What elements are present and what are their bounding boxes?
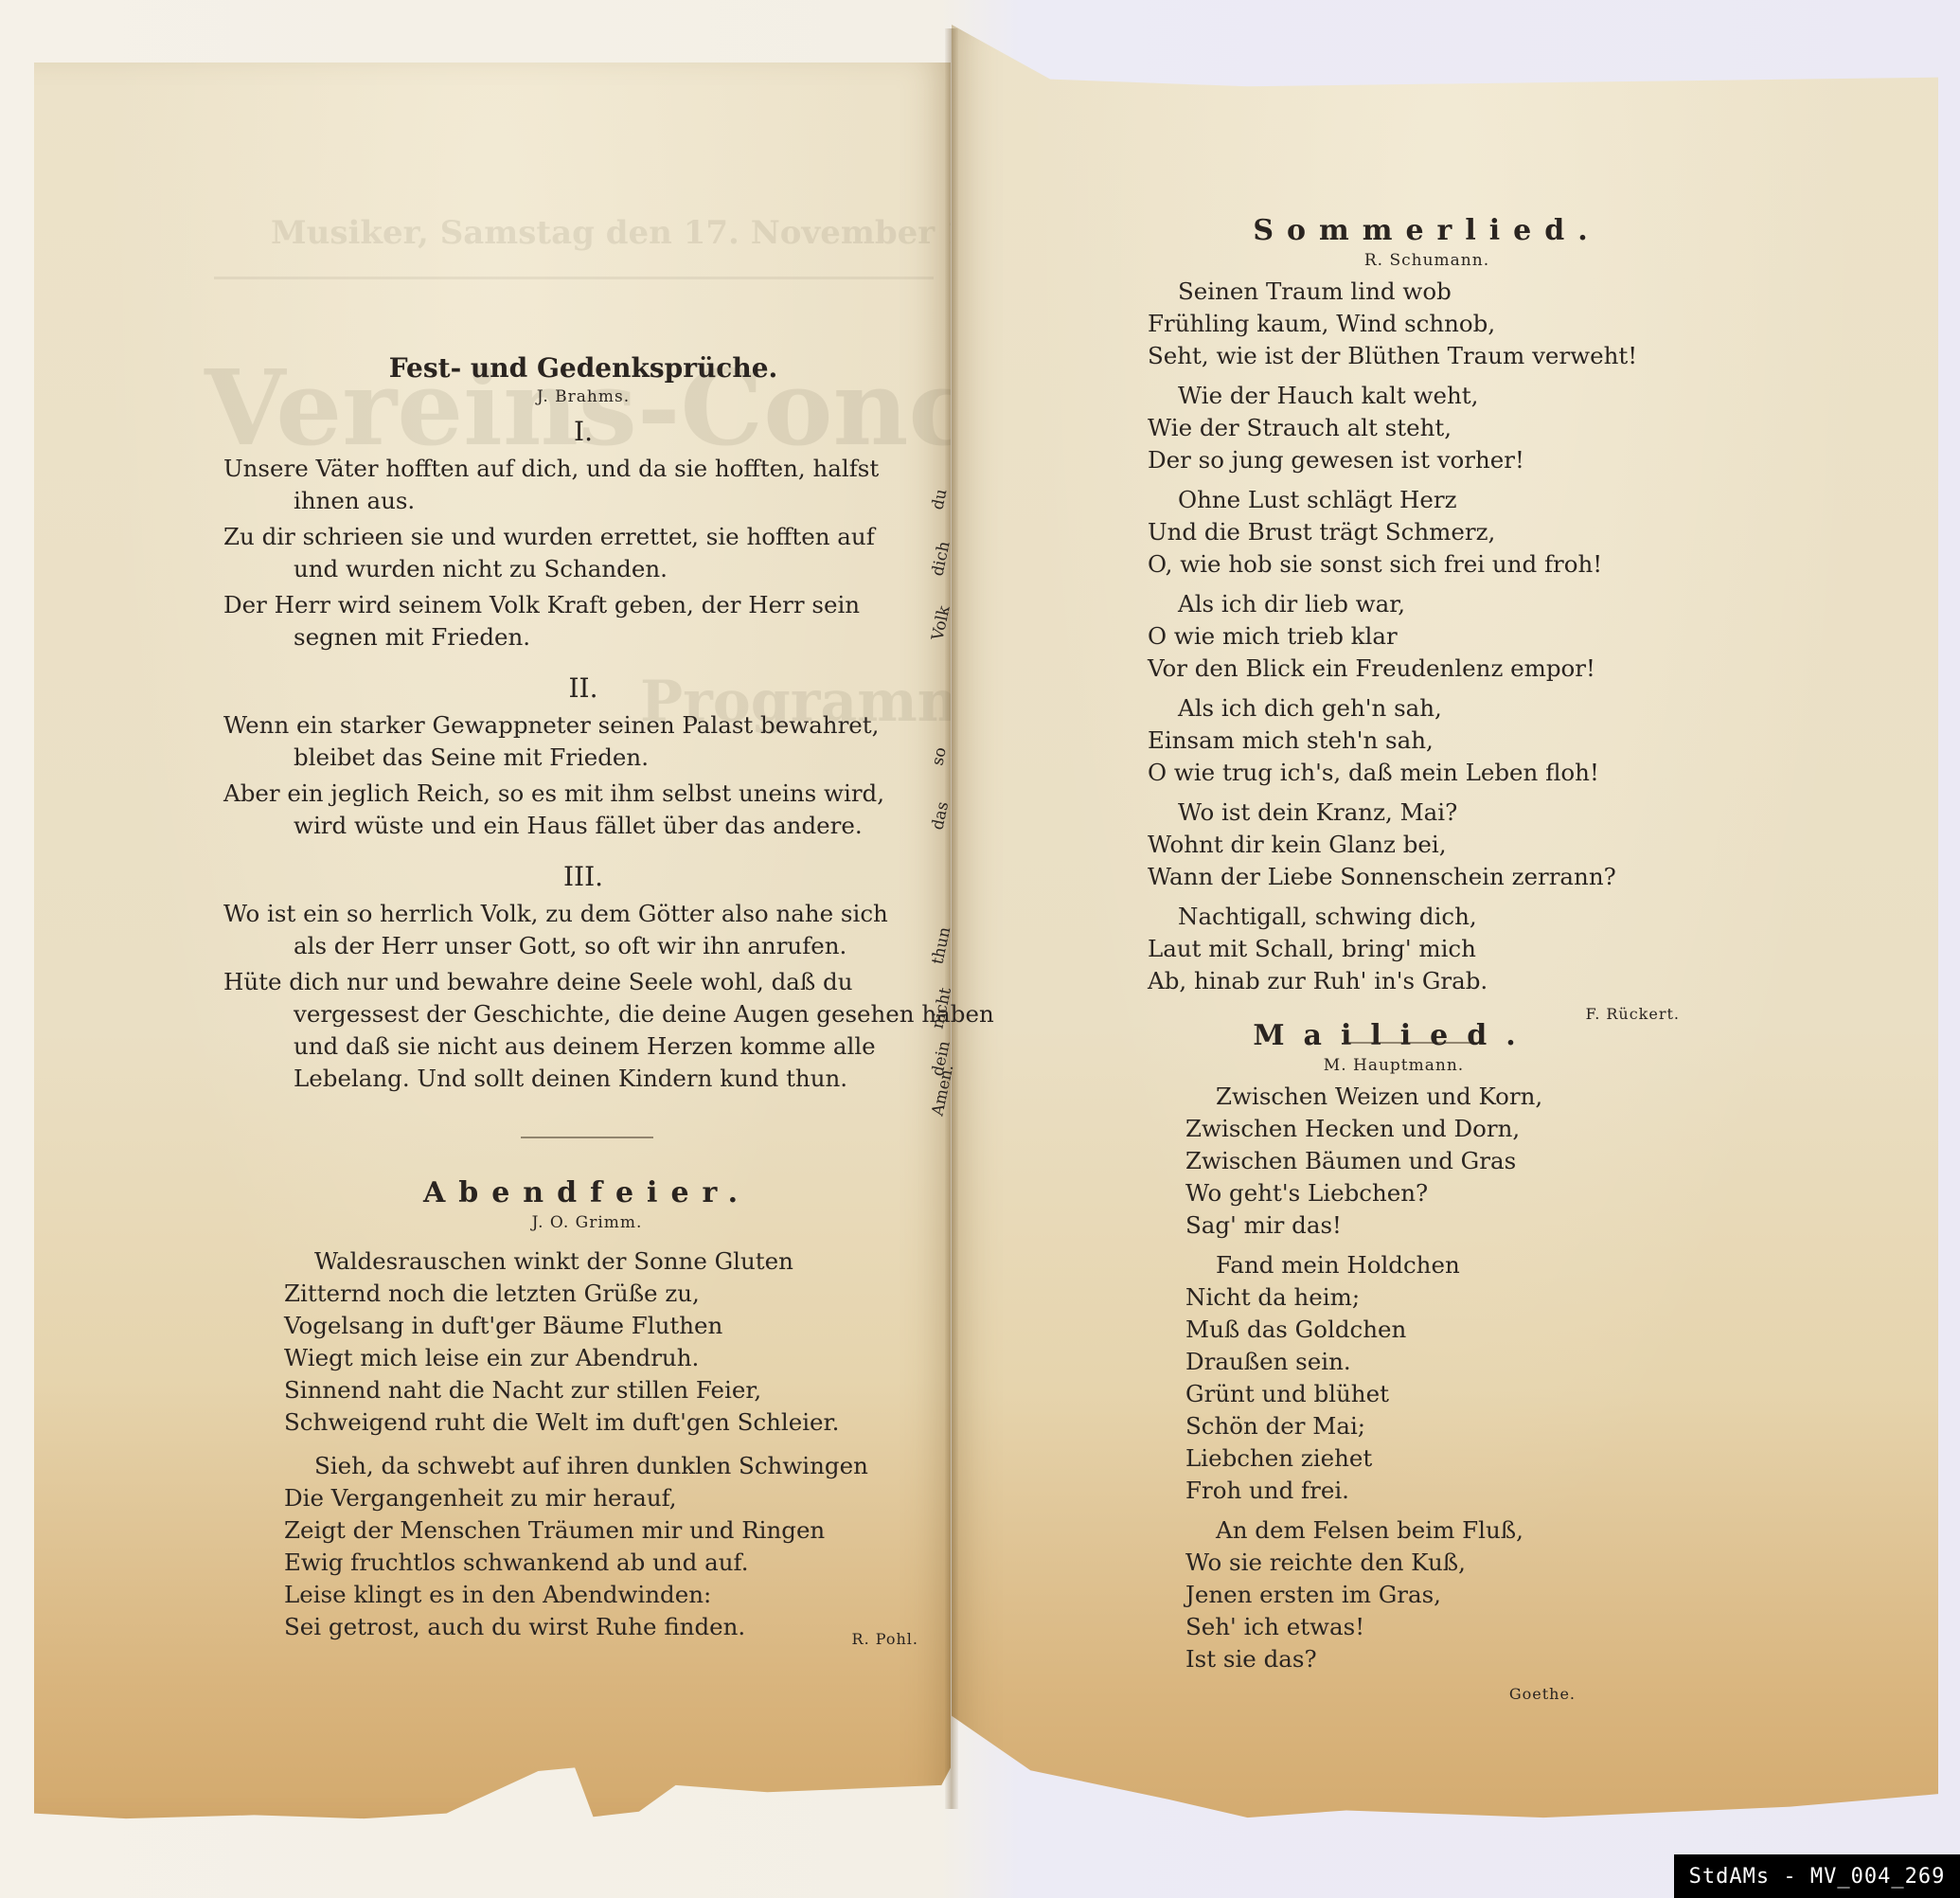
- mailied-title: Mailied.: [1185, 1019, 1602, 1052]
- stanza: Nachtigall, schwing dich, Laut mit Schal…: [1148, 901, 1678, 997]
- verse-line: Wo ist ein so herrlich Volk, zu dem Gött…: [223, 898, 943, 930]
- poem-line: Ohne Lust schlägt Herz: [1148, 484, 1678, 516]
- verse: Der Herr wird seinem Volk Kraft geben, d…: [223, 589, 943, 654]
- verse: Zu dir schrieen sie und wurden errettet,…: [223, 521, 943, 585]
- poem-line: Nachtigall, schwing dich,: [1148, 901, 1678, 933]
- poem-line: Froh und frei.: [1185, 1475, 1602, 1507]
- stanza: Ohne Lust schlägt Herz Und die Brust trä…: [1148, 484, 1678, 581]
- sommerlied-section: Sommerlied. R. Schumann. Seinen Traum li…: [1148, 214, 1678, 1072]
- section-numeral: II.: [223, 672, 943, 704]
- show-through-header: Musiker, Samstag den 17. November 1890: [271, 214, 1036, 252]
- stanza: Zwischen Weizen und Korn, Zwischen Hecke…: [1185, 1081, 1602, 1242]
- verse-line-cont: und daß sie nicht aus deinem Herzen komm…: [223, 1030, 943, 1063]
- poem-line: Sag' mir das!: [1185, 1209, 1602, 1242]
- poem-line: Wie der Strauch alt steht,: [1148, 412, 1678, 444]
- poem-line: Wo ist dein Kranz, Mai?: [1148, 797, 1678, 829]
- verse: Hüte dich nur und bewahre deine Seele wo…: [223, 966, 943, 1095]
- poem-line: Wohnt dir kein Glanz bei,: [1148, 829, 1678, 861]
- verse-line: Aber ein jeglich Reich, so es mit ihm se…: [223, 778, 943, 810]
- poem-line: Liebchen ziehet: [1185, 1442, 1602, 1475]
- poem-line: Zitternd noch die letzten Grüße zu,: [284, 1278, 890, 1310]
- poem-line: Sieh, da schwebt auf ihren dunklen Schwi…: [284, 1450, 890, 1482]
- poem-line: Als ich dir lieb war,: [1148, 588, 1678, 620]
- poem-line: O wie trug ich's, daß mein Leben floh!: [1148, 757, 1678, 789]
- poem-line: Zeigt der Menschen Träumen mir und Ringe…: [284, 1514, 890, 1547]
- poem-line: Frühling kaum, Wind schnob,: [1148, 308, 1678, 340]
- poem-line: Laut mit Schall, bring' mich: [1148, 933, 1678, 965]
- poem-line: Waldesrauschen winkt der Sonne Gluten: [284, 1245, 890, 1278]
- mailied-section: Mailied. M. Hauptmann. Zwischen Weizen u…: [1185, 1019, 1602, 1703]
- poem-line: Wo geht's Liebchen?: [1185, 1177, 1602, 1209]
- poem-line: Grünt und blühet: [1185, 1378, 1602, 1410]
- poem-line: Schweigend ruht die Welt im duft'gen Sch…: [284, 1406, 890, 1439]
- margin-word: so: [928, 745, 951, 767]
- fest-section: Fest- und Gedenksprüche. J. Brahms. I. U…: [223, 352, 943, 1099]
- verse: Wo ist ein so herrlich Volk, zu dem Gött…: [223, 898, 943, 962]
- poem-line: Wiegt mich leise ein zur Abendruh.: [284, 1342, 890, 1374]
- fest-composer: J. Brahms.: [223, 387, 943, 406]
- abendfeier-composer: J. O. Grimm.: [284, 1213, 890, 1232]
- verse-line-cont: segnen mit Frieden.: [223, 621, 943, 654]
- poem-line: Wo sie reichte den Kuß,: [1185, 1547, 1602, 1579]
- poem-line: Die Vergangenheit zu mir herauf,: [284, 1482, 890, 1514]
- abendfeier-title: Abendfeier.: [284, 1176, 890, 1209]
- verse-line: Unsere Väter hofften auf dich, und da si…: [223, 453, 943, 485]
- poem-line: Als ich dich geh'n sah,: [1148, 692, 1678, 725]
- verse: Unsere Väter hofften auf dich, und da si…: [223, 453, 943, 517]
- poem-line: Seht, wie ist der Blüthen Traum verweht!: [1148, 340, 1678, 372]
- sommerlied-composer: R. Schumann.: [1148, 251, 1678, 270]
- poem-line: An dem Felsen beim Fluß,: [1185, 1514, 1602, 1547]
- poem-line: O, wie hob sie sonst sich frei und froh!: [1148, 548, 1678, 581]
- poem-line: Leise klingt es in den Abendwinden:: [284, 1579, 890, 1611]
- stanza: Als ich dich geh'n sah, Einsam mich steh…: [1148, 692, 1678, 789]
- fest-title: Fest- und Gedenksprüche.: [223, 352, 943, 384]
- poem-line: Zwischen Hecken und Dorn,: [1185, 1113, 1602, 1145]
- stanza: Waldesrauschen winkt der Sonne Gluten Zi…: [284, 1245, 890, 1439]
- stanza: Sieh, da schwebt auf ihren dunklen Schwi…: [284, 1450, 890, 1643]
- verse-line-cont: als der Herr unser Gott, so oft wir ihn …: [223, 930, 943, 962]
- poem-line: Nicht da heim;: [1185, 1281, 1602, 1314]
- show-through-rule: [214, 277, 934, 279]
- poem-line: Schön der Mai;: [1185, 1410, 1602, 1442]
- poem-line: Ab, hinab zur Ruh' in's Grab.: [1148, 965, 1678, 997]
- poem-line: Zwischen Weizen und Korn,: [1185, 1081, 1602, 1113]
- section-divider: [521, 1137, 653, 1138]
- verse-line-cont: und wurden nicht zu Schanden.: [223, 553, 943, 585]
- verse-line: Zu dir schrieen sie und wurden errettet,…: [223, 521, 943, 553]
- stanza: An dem Felsen beim Fluß, Wo sie reichte …: [1185, 1514, 1602, 1675]
- poem-line: Sinnend naht die Nacht zur stillen Feier…: [284, 1374, 890, 1406]
- verse-line-cont: vergessest der Geschichte, die deine Aug…: [223, 998, 943, 1030]
- mailied-author: Goethe.: [1185, 1685, 1576, 1703]
- poem-line: Wann der Liebe Sonnenschein zerrann?: [1148, 861, 1678, 893]
- mailied-composer: M. Hauptmann.: [1185, 1056, 1602, 1075]
- poem-line: Wie der Hauch kalt weht,: [1148, 380, 1678, 412]
- stanza: Als ich dir lieb war, O wie mich trieb k…: [1148, 588, 1678, 685]
- stanza: Seinen Traum lind wob Frühling kaum, Win…: [1148, 276, 1678, 372]
- poem-line: Seh' ich etwas!: [1185, 1611, 1602, 1643]
- poem-line: Der so jung gewesen ist vorher!: [1148, 444, 1678, 476]
- verse-line: Hüte dich nur und bewahre deine Seele wo…: [223, 966, 943, 998]
- poem-line: Fand mein Holdchen: [1185, 1249, 1602, 1281]
- poem-line: Seinen Traum lind wob: [1148, 276, 1678, 308]
- poem-line: O wie mich trieb klar: [1148, 620, 1678, 653]
- verse-line-cont: ihnen aus.: [223, 485, 943, 517]
- verse: Aber ein jeglich Reich, so es mit ihm se…: [223, 778, 943, 842]
- verse-line: Wenn ein starker Gewappneter seinen Pala…: [223, 709, 943, 742]
- poem-line: Jenen ersten im Gras,: [1185, 1579, 1602, 1611]
- poem-line: Zwischen Bäumen und Gras: [1185, 1145, 1602, 1177]
- poem-line: Ist sie das?: [1185, 1643, 1602, 1675]
- verse: Wenn ein starker Gewappneter seinen Pala…: [223, 709, 943, 774]
- poem-line: Einsam mich steh'n sah,: [1148, 725, 1678, 757]
- book-gutter: [945, 28, 958, 1809]
- abendfeier-section: Abendfeier. J. O. Grimm. Waldesrauschen …: [284, 1137, 890, 1648]
- poem-line: Und die Brust trägt Schmerz,: [1148, 516, 1678, 548]
- section-numeral: III.: [223, 861, 943, 892]
- verse-line-cont: bleibet das Seine mit Frieden.: [223, 742, 943, 774]
- archive-label: StdAMs - MV_004_269: [1674, 1854, 1960, 1898]
- poem-line: Ewig fruchtlos schwankend ab und auf.: [284, 1547, 890, 1579]
- stanza: Fand mein Holdchen Nicht da heim; Muß da…: [1185, 1249, 1602, 1507]
- poem-line: Muß das Goldchen: [1185, 1314, 1602, 1346]
- section-numeral: I.: [223, 416, 943, 447]
- poem-line: Vogelsang in duft'ger Bäume Fluthen: [284, 1310, 890, 1342]
- stanza: Wie der Hauch kalt weht, Wie der Strauch…: [1148, 380, 1678, 476]
- stanza: Wo ist dein Kranz, Mai? Wohnt dir kein G…: [1148, 797, 1678, 893]
- poem-line: Draußen sein.: [1185, 1346, 1602, 1378]
- verse-line-cont: Lebelang. Und sollt deinen Kindern kund …: [223, 1063, 943, 1095]
- verse-line-cont: wird wüste und ein Haus fället über das …: [223, 810, 943, 842]
- verse-line: Der Herr wird seinem Volk Kraft geben, d…: [223, 589, 943, 621]
- poem-line: Vor den Blick ein Freudenlenz empor!: [1148, 653, 1678, 685]
- sommerlied-title: Sommerlied.: [1148, 214, 1678, 247]
